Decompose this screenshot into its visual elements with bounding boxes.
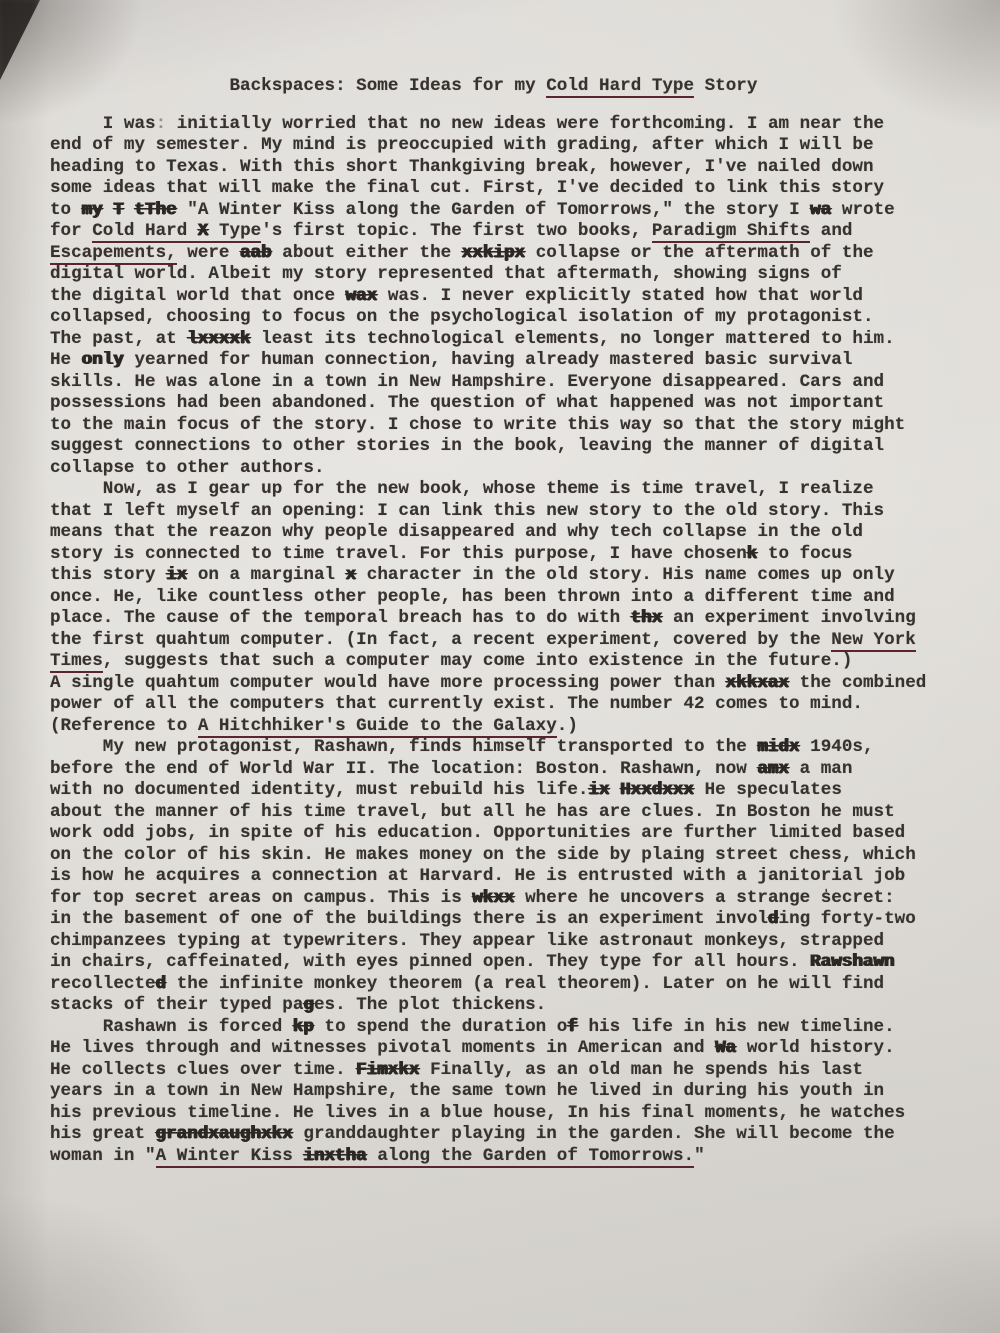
text-line: story is connected to time travel. For t… bbox=[50, 544, 960, 566]
text-run: collapse to other authors. bbox=[50, 458, 325, 478]
text-run: for top secret areas on campus. This is bbox=[50, 888, 472, 908]
underlined-text: Escapements, bbox=[50, 243, 177, 265]
overstruck-text: xxkipx bbox=[462, 243, 525, 263]
text-run: stacks of their typed pa bbox=[50, 995, 303, 1015]
text-line: in the basement of one of the buildings … bbox=[50, 909, 960, 931]
text-run: heading to Texas. With this short Thankg… bbox=[50, 157, 874, 177]
text-line: to my T tThe "A Winter Kiss along the Ga… bbox=[50, 200, 960, 222]
text-line: once. He, like countless other people, h… bbox=[50, 587, 960, 609]
text-run bbox=[103, 200, 114, 220]
overstruck-text: xkkxax bbox=[726, 673, 789, 693]
text-run: chimpanzees typing at typewriters. They … bbox=[50, 931, 884, 951]
overstruck-text: grandxaughxkx bbox=[156, 1124, 293, 1144]
overstruck-text: d bbox=[156, 974, 167, 994]
text-line: He only yearned for human connection, ha… bbox=[50, 350, 960, 372]
paragraph: My new protagonist, Rashawn, finds himse… bbox=[50, 737, 960, 1017]
overstruck-text: tThe bbox=[135, 200, 177, 220]
underlined-text: A Hitchhiker's Guide to the Galaxy bbox=[198, 716, 557, 738]
overstruck-text: kp bbox=[293, 1017, 314, 1037]
text-line: about the manner of his time travel, but… bbox=[50, 802, 960, 824]
text-line: possessions had been abandoned. The ques… bbox=[50, 393, 960, 415]
text-line: Times, suggests that such a computer may… bbox=[50, 651, 960, 673]
overstruck-text: midx bbox=[757, 737, 799, 757]
text-line: recollected the infinite monkey theorem … bbox=[50, 974, 960, 996]
text-line: on the color of his skin. He makes money… bbox=[50, 845, 960, 867]
text-run: that I left myself an opening: I can lin… bbox=[50, 501, 884, 521]
text-run bbox=[124, 200, 135, 220]
text-line: some ideas that will make the final cut.… bbox=[50, 178, 960, 200]
overstruck-text: T bbox=[113, 200, 124, 220]
text-run: the digital world that once bbox=[50, 286, 346, 306]
text-line: in chairs, caffeinated, with eyes pinned… bbox=[50, 952, 960, 974]
text-run: He collects clues over time. bbox=[50, 1060, 356, 1080]
document-body: I was: initially worried that no new ide… bbox=[50, 114, 960, 1168]
text-run: his previous timeline. He lives in a blu… bbox=[50, 1103, 905, 1123]
text-run: collapse or the aftermath of the bbox=[525, 243, 873, 263]
text-run: to focus bbox=[757, 544, 852, 564]
text-run: end of my semester. My mind is preoccupi… bbox=[50, 135, 874, 155]
text-run: I was bbox=[50, 114, 156, 134]
text-line: He collects clues over time. Fimxkx Fina… bbox=[50, 1060, 960, 1082]
overstruck-text: Fimxkx bbox=[356, 1060, 419, 1080]
overstruck-text: ix bbox=[588, 780, 609, 800]
text-run: Finally, as an old man he spends his las… bbox=[420, 1060, 863, 1080]
text-run: work odd jobs, in spite of his education… bbox=[50, 823, 905, 843]
text-run: a man bbox=[789, 759, 852, 779]
text-line: digital world. Albeit my story represent… bbox=[50, 264, 960, 286]
text-line: suggest connections to other stories in … bbox=[50, 436, 960, 458]
text-line: is how he acquires a connection at Harva… bbox=[50, 866, 960, 888]
text-run: the combined bbox=[789, 673, 926, 693]
text-line: place. The cause of the temporal breach … bbox=[50, 608, 960, 630]
text-line: collapse to other authors. bbox=[50, 458, 960, 480]
text-run: world history. bbox=[736, 1038, 894, 1058]
text-line: stacks of their typed pages. The plot th… bbox=[50, 995, 960, 1017]
text-line: I was: initially worried that no new ide… bbox=[50, 114, 960, 136]
document-title: Backspaces: Some Ideas for my Cold Hard … bbox=[50, 76, 960, 98]
text-run: es. The plot thickens. bbox=[314, 995, 546, 1015]
text-run: the infinite monkey theorem (a real theo… bbox=[166, 974, 884, 994]
overstruck-text: f bbox=[567, 1017, 578, 1037]
photo-of-typewritten-page: Backspaces: Some Ideas for my Cold Hard … bbox=[0, 0, 1000, 1333]
text-run: 1940s, bbox=[800, 737, 874, 757]
text-line: work odd jobs, in spite of his education… bbox=[50, 823, 960, 845]
text-run: to the main focus of the story. I chose … bbox=[50, 415, 905, 435]
text-run: wrote bbox=[831, 200, 894, 220]
underlined-text: Cold Hard bbox=[92, 221, 198, 243]
text-run: about the manner of his time travel, but… bbox=[50, 802, 895, 822]
text-run: his life in his new timeline. bbox=[578, 1017, 895, 1037]
text-line: years in a town in New Hampshire, the sa… bbox=[50, 1081, 960, 1103]
overstruck-text: g bbox=[303, 995, 314, 1015]
underlined-text: inxtha bbox=[303, 1146, 366, 1168]
text-run: once. He, like countless other people, h… bbox=[50, 587, 895, 607]
text-run: Now, as I gear up for the new book, whos… bbox=[50, 479, 874, 499]
text-run: for bbox=[50, 221, 92, 241]
text-run: and bbox=[810, 221, 852, 241]
text-run: : bbox=[156, 114, 167, 134]
text-run: skills. He was alone in a town in New Ha… bbox=[50, 372, 884, 392]
text-run: My new protagonist, Rashawn, finds himse… bbox=[50, 737, 757, 757]
text-line: woman in "A Winter Kiss inxtha along the… bbox=[50, 1146, 960, 1168]
text-run: in chairs, caffeinated, with eyes pinned… bbox=[50, 952, 810, 972]
paragraph: Now, as I gear up for the new book, whos… bbox=[50, 479, 960, 737]
text-run: granddaughter playing in the garden. She… bbox=[293, 1124, 895, 1144]
text-run: .) bbox=[557, 716, 578, 736]
underlined-text: Times bbox=[50, 651, 103, 673]
underlined-text: along the Garden of Tomorrows. bbox=[367, 1146, 694, 1168]
underlined-text: X bbox=[198, 221, 209, 243]
text-run: was. I never explicitly stated how that … bbox=[377, 286, 863, 306]
overstruck-text: x bbox=[346, 565, 357, 585]
underlined-text: A Winter Kiss bbox=[156, 1146, 304, 1168]
text-run: digital world. Albeit my story represent… bbox=[50, 264, 842, 284]
overstruck-text: wax bbox=[346, 286, 378, 306]
text-run: The past, at bbox=[50, 329, 187, 349]
text-line: the digital world that once wax was. I n… bbox=[50, 286, 960, 308]
text-line: Rashawn is forced kp to spend the durati… bbox=[50, 1017, 960, 1039]
text-line: for Cold Hard X Type's first topic. The … bbox=[50, 221, 960, 243]
overstruck-text: d bbox=[768, 909, 779, 929]
text-run: A single quahtum computer would have mor… bbox=[50, 673, 726, 693]
overstruck-text: wkxx bbox=[472, 888, 514, 908]
paragraph: I was: initially worried that no new ide… bbox=[50, 114, 960, 480]
text-line: chimpanzees typing at typewriters. They … bbox=[50, 931, 960, 953]
text-run: least its technological elements, no lon… bbox=[251, 329, 895, 349]
text-run: is how he acquires a connection at Harva… bbox=[50, 866, 905, 886]
overstruck-text: ix bbox=[166, 565, 187, 585]
text-run: He lives through and witnesses pivotal m… bbox=[50, 1038, 715, 1058]
underlined-text: Cold Hard Type bbox=[546, 76, 694, 98]
text-run: about either the bbox=[272, 243, 462, 263]
text-line: this story ix on a marginal x character … bbox=[50, 565, 960, 587]
text-run: the first quahtum computer. (In fact, a … bbox=[50, 630, 831, 650]
text-run: only bbox=[82, 350, 124, 370]
text-run: to spend the duration o bbox=[314, 1017, 567, 1037]
text-run: character in the old story. His name com… bbox=[356, 565, 894, 585]
text-line: to the main focus of the story. I chose … bbox=[50, 415, 960, 437]
text-line: for top secret areas on campus. This is … bbox=[50, 888, 960, 910]
text-run: 's first topic. The first two books, bbox=[261, 221, 652, 241]
text-line: Escapements, were aab about either the x… bbox=[50, 243, 960, 265]
text-run: years in a town in New Hampshire, the sa… bbox=[50, 1081, 884, 1101]
typewritten-page: Backspaces: Some Ideas for my Cold Hard … bbox=[50, 76, 960, 1167]
text-line: the first quahtum computer. (In fact, a … bbox=[50, 630, 960, 652]
text-run: woman in " bbox=[50, 1146, 156, 1166]
text-line: (Reference to A Hitchhiker's Guide to th… bbox=[50, 716, 960, 738]
overstruck-text: lxxxxk bbox=[187, 329, 250, 349]
text-run: , suggests that such a computer may come… bbox=[103, 651, 853, 671]
overstruck-text: my bbox=[82, 200, 103, 220]
text-line: that I left myself an opening: I can lin… bbox=[50, 501, 960, 523]
text-run: before the end of World War II. The loca… bbox=[50, 759, 757, 779]
overstruck-text: Wa bbox=[715, 1038, 736, 1058]
text-run: Rashawn is forced bbox=[50, 1017, 293, 1037]
overstruck-text: aab bbox=[240, 243, 272, 263]
text-line: My new protagonist, Rashawn, finds himse… bbox=[50, 737, 960, 759]
text-line: The past, at lxxxxk least its technologi… bbox=[50, 329, 960, 351]
text-run: recollecte bbox=[50, 974, 156, 994]
overstruck-text: thx bbox=[631, 608, 663, 628]
text-run: ing forty-two bbox=[779, 909, 916, 929]
text-run: collapsed, choosing to focus on the psyc… bbox=[50, 307, 874, 327]
text-run: Story bbox=[694, 76, 757, 96]
text-run: where he uncovers a strange s̍ecret: bbox=[515, 888, 895, 908]
text-run bbox=[610, 780, 621, 800]
text-run: on the color of his skin. He makes money… bbox=[50, 845, 916, 865]
overstruck-text: amx bbox=[757, 759, 789, 779]
text-line: skills. He was alone in a town in New Ha… bbox=[50, 372, 960, 394]
text-run: with no documented identity, must rebuil… bbox=[50, 780, 588, 800]
text-line: collapsed, choosing to focus on the psyc… bbox=[50, 307, 960, 329]
text-run: possessions had been abandoned. The ques… bbox=[50, 393, 884, 413]
text-line: before the end of World War II. The loca… bbox=[50, 759, 960, 781]
text-line: his great grandxaughxkx granddaughter pl… bbox=[50, 1124, 960, 1146]
text-run: power of all the computers that currentl… bbox=[50, 694, 863, 714]
underlined-text: Type bbox=[208, 221, 261, 243]
text-line: heading to Texas. With this short Thankg… bbox=[50, 157, 960, 179]
text-line: means that the reazon why people disappe… bbox=[50, 522, 960, 544]
text-run: suggest connections to other stories in … bbox=[50, 436, 884, 456]
text-run: yearned for human connection, having alr… bbox=[124, 350, 853, 370]
text-run: to bbox=[50, 200, 82, 220]
text-line: power of all the computers that currentl… bbox=[50, 694, 960, 716]
text-line: A single quahtum computer would have mor… bbox=[50, 673, 960, 695]
text-run: on a marginal bbox=[187, 565, 345, 585]
text-run: (Reference to bbox=[50, 716, 198, 736]
text-run: place. The cause of the temporal breach … bbox=[50, 608, 631, 628]
text-run: an experiment involving bbox=[662, 608, 915, 628]
text-run: He speculates bbox=[694, 780, 842, 800]
overstruck-text: k bbox=[747, 544, 758, 564]
text-run: story is connected to time travel. For t… bbox=[50, 544, 747, 564]
text-run: his great bbox=[50, 1124, 156, 1144]
text-run: in the basement of one of the buildings … bbox=[50, 909, 768, 929]
text-run: were bbox=[177, 243, 240, 263]
text-run: "A Winter Kiss along the Garden of Tomor… bbox=[177, 200, 810, 220]
text-run: Rawshawn bbox=[810, 952, 894, 972]
text-line: Now, as I gear up for the new book, whos… bbox=[50, 479, 960, 501]
text-line: He lives through and witnesses pivotal m… bbox=[50, 1038, 960, 1060]
underlined-text: Paradigm Shifts bbox=[652, 221, 810, 243]
text-run: this story bbox=[50, 565, 166, 585]
text-run: He bbox=[50, 350, 82, 370]
text-run: initially worried that no new ideas were… bbox=[166, 114, 884, 134]
text-run: " bbox=[694, 1146, 705, 1166]
text-run: means that the reazon why people disappe… bbox=[50, 522, 863, 542]
text-line: his previous timeline. He lives in a blu… bbox=[50, 1103, 960, 1125]
paragraph: Rashawn is forced kp to spend the durati… bbox=[50, 1017, 960, 1168]
text-line: with no documented identity, must rebuil… bbox=[50, 780, 960, 802]
overstruck-text: Hxxdxxx bbox=[620, 780, 694, 800]
text-run: some ideas that will make the final cut.… bbox=[50, 178, 884, 198]
underlined-text: New York bbox=[831, 630, 915, 652]
text-run: Backspaces: Some Ideas for my bbox=[50, 76, 546, 96]
text-line: end of my semester. My mind is preoccupi… bbox=[50, 135, 960, 157]
overstruck-text: wa bbox=[810, 200, 831, 220]
